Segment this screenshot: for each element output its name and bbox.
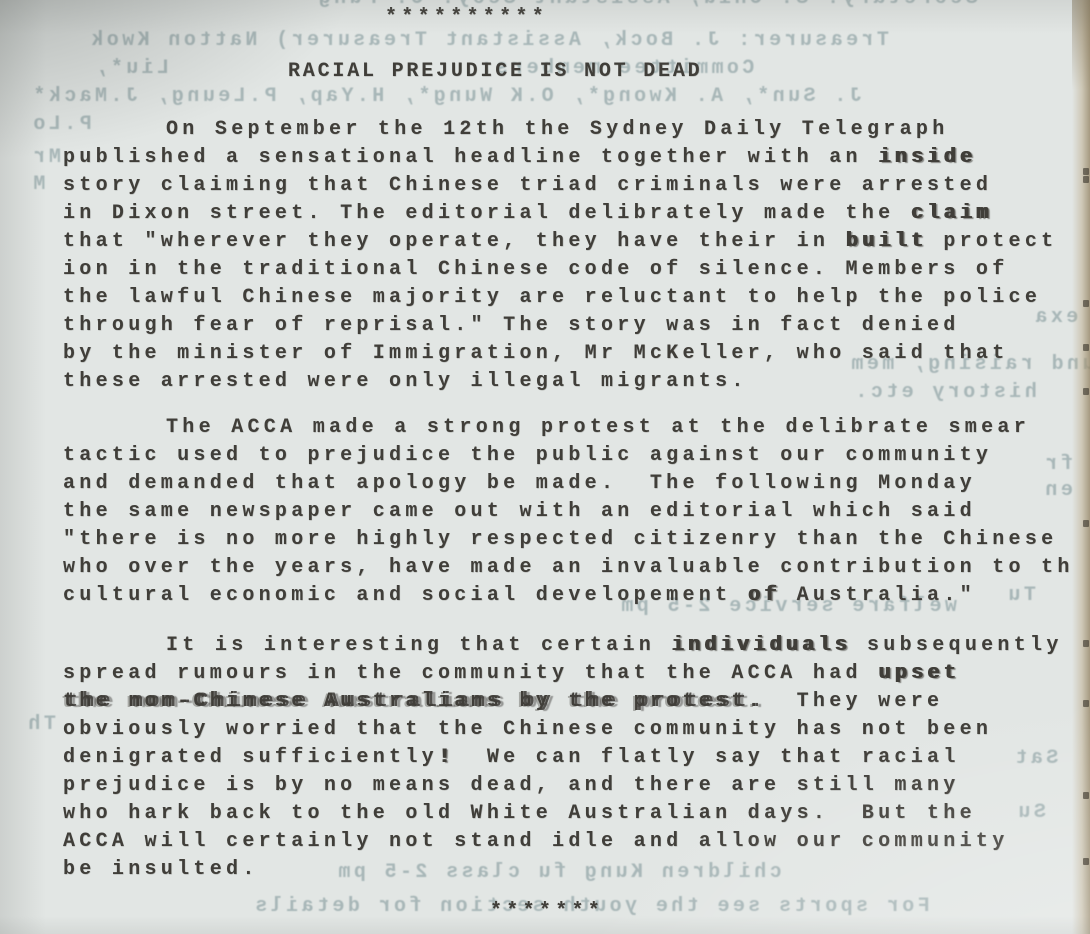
typed-segment: The ACCA made a strong protest at the de… (166, 416, 1030, 439)
typed-segment: these arrested were only illegal migrant… (63, 370, 748, 393)
typed-line: obviously worried that the Chinese commu… (63, 716, 1087, 744)
typed-segment-overstruck: inside (878, 146, 976, 169)
typed-segment: the same newspaper came out with an edit… (63, 500, 976, 523)
typed-segment: denigrated sufficiently (63, 746, 438, 769)
typed-segment-overstruck: built (846, 230, 928, 253)
typed-line: the same newspaper came out with an edit… (63, 498, 1087, 526)
scan-edge-mark (1083, 344, 1089, 351)
typed-line: be insulted. (63, 856, 1087, 884)
typed-segment: by the minister of Immigration, Mr McKel… (63, 342, 1009, 365)
paragraph: On September the 12th the Sydney Daily T… (63, 116, 1087, 396)
typed-line: On September the 12th the Sydney Daily T… (63, 116, 1087, 144)
typed-line: cultural economic and social developemen… (63, 582, 1087, 610)
typed-line: spread rumours in the community that the… (63, 660, 1087, 688)
typed-segment: It is interesting that certain (166, 634, 671, 657)
typed-line: who hark back to the old White Australia… (63, 800, 1087, 828)
bleedthrough-text: M (30, 172, 45, 198)
paragraph: The ACCA made a strong protest at the de… (63, 414, 1087, 610)
typed-line: through fear of reprisal." The story was… (63, 312, 1087, 340)
typed-line: in Dixon street. The editorial delibrate… (63, 200, 1087, 228)
scan-edge-mark (1083, 792, 1089, 799)
typed-line: The ACCA made a strong protest at the de… (63, 414, 1087, 442)
typed-segment: tactic used to prejudice the public agai… (63, 444, 992, 467)
typed-segment: prejudice is by no means dead, and there… (63, 774, 960, 797)
typed-segment-overstruck: individuals (671, 634, 850, 657)
typed-segment: spread rumours in the community that the… (63, 662, 878, 685)
typed-line: by the minister of Immigration, Mr McKel… (63, 340, 1087, 368)
typed-line: and demanded that apology be made. The f… (63, 470, 1087, 498)
typed-segment-overtype: the non-Chinese Australians by the prote… (63, 690, 764, 713)
typed-segment-overstruck: claim (911, 202, 993, 225)
scan-edge-mark (1083, 640, 1089, 647)
typed-segment: cultural economic and social developemen… (63, 584, 748, 607)
typed-line: the non-Chinese Australians by the prote… (63, 688, 1087, 716)
typed-segment: who hark back to the old White Australia… (63, 802, 976, 825)
typed-segment: They were (764, 690, 943, 713)
typed-segment-overstruck: of (748, 584, 781, 607)
paragraphs: On September the 12th the Sydney Daily T… (63, 116, 1087, 884)
typed-segment: through fear of reprisal." The story was… (63, 314, 960, 337)
typed-line: that "wherever they operate, they have t… (63, 228, 1087, 256)
bleedthrough-text: Mr (30, 145, 61, 171)
typed-line: these arrested were only illegal migrant… (63, 368, 1087, 396)
typed-line: the lawful Chinese majority are reluctan… (63, 284, 1087, 312)
typed-line: tactic used to prejudice the public agai… (63, 442, 1087, 470)
asterisk-separator-top: ********** (385, 4, 1087, 32)
typed-line: who over the years, have made an invalua… (63, 554, 1087, 582)
scan-edge-mark (1083, 300, 1089, 307)
scan-edge-mark (1083, 700, 1089, 707)
typed-segment-overstruck: upset (878, 662, 960, 685)
typed-segment: Australia." (780, 584, 976, 607)
typed-line: published a sensational headline togethe… (63, 144, 1087, 172)
typed-segment: published a sensational headline togethe… (63, 146, 878, 169)
bleedthrough-text: Th (25, 712, 56, 738)
scanned-newsletter-page: Secretary: S. Chiu, Assistant Secy: C. F… (0, 0, 1090, 934)
asterisk-separator-bottom: ******* (490, 898, 1087, 926)
typed-line: It is interesting that certain individua… (63, 632, 1087, 660)
scan-edge-mark (1083, 388, 1089, 395)
typed-segment: story claiming that Chinese triad crimin… (63, 174, 992, 197)
typed-line: "there is no more highly respected citiz… (63, 526, 1087, 554)
typed-text-block: ********** RACIAL PREJUDICE IS NOT DEAD … (63, 0, 1087, 926)
typed-line: ACCA will certainly not stand idle and a… (63, 828, 1087, 856)
page-title: RACIAL PREJUDICE IS NOT DEAD (288, 58, 1087, 86)
typed-line: prejudice is by no means dead, and there… (63, 772, 1087, 800)
paragraph: It is interesting that certain individua… (63, 632, 1087, 884)
typed-line: ion in the traditional Chinese code of s… (63, 256, 1087, 284)
scan-edge-mark (1083, 168, 1089, 175)
typed-line: story claiming that Chinese triad crimin… (63, 172, 1087, 200)
typed-segment: in Dixon street. The editorial delibrate… (63, 202, 911, 225)
typed-segment: "there is no more highly respected citiz… (63, 528, 1057, 551)
typed-segment: ACCA will certainly not stand idle and a… (63, 830, 1009, 853)
typed-segment: ion in the traditional Chinese code of s… (63, 258, 1009, 281)
typed-segment: We can flatly say that racial (454, 746, 959, 769)
typed-segment: and demanded that apology be made. The f… (63, 472, 976, 495)
typed-segment: that "wherever they operate, they have t… (63, 230, 846, 253)
scan-edge-mark (1083, 520, 1089, 527)
typed-line: denigrated sufficiently! We can flatly s… (63, 744, 1087, 772)
typed-segment: protect (927, 230, 1057, 253)
typed-segment-overstruck: ! (438, 746, 454, 769)
typed-segment: On September the 12th the Sydney Daily T… (166, 118, 949, 141)
typed-segment: be insulted. (63, 858, 259, 881)
scan-edge-mark (1083, 176, 1089, 183)
typed-segment: the lawful Chinese majority are reluctan… (63, 286, 1041, 309)
typed-segment: who over the years, have made an invalua… (63, 556, 1074, 579)
typed-segment: obviously worried that the Chinese commu… (63, 718, 992, 741)
typed-segment: subsequently (851, 634, 1063, 657)
scan-edge-mark (1083, 858, 1089, 865)
